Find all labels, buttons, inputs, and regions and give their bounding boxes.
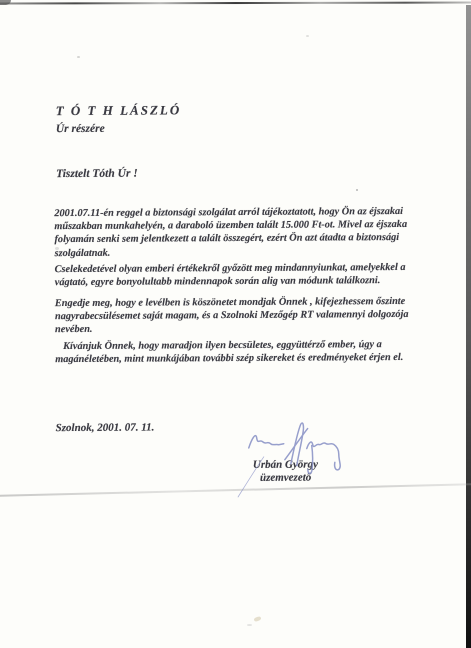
salutation: Tisztelt Tóth Úr ! bbox=[56, 168, 138, 180]
paragraph-4: Kívánjuk Önnek, hogy maradjon ilyen becs… bbox=[55, 338, 435, 367]
recipient-line: Úr részére bbox=[56, 123, 105, 135]
scanned-letter-page: T Ó T H LÁSZLÓ Úr részére Tisztelt Tóth … bbox=[0, 0, 471, 648]
paragraph-3: Engedje meg, hogy e levélben is köszönet… bbox=[55, 295, 435, 337]
signature-block: Urbán György üzemvezető bbox=[235, 411, 376, 504]
paragraph-2: Cselekedetével olyan emberi értékekről g… bbox=[55, 261, 435, 290]
handwritten-signature bbox=[235, 411, 376, 504]
recipient-name: T Ó T H LÁSZLÓ bbox=[56, 102, 182, 119]
letter-body: T Ó T H LÁSZLÓ Úr részére Tisztelt Tóth … bbox=[0, 0, 471, 648]
paragraph-1: 2001.07.11-én reggel a biztonsági szolgá… bbox=[54, 205, 434, 260]
dateline: Szolnok, 2001. 07. 11. bbox=[56, 421, 155, 434]
